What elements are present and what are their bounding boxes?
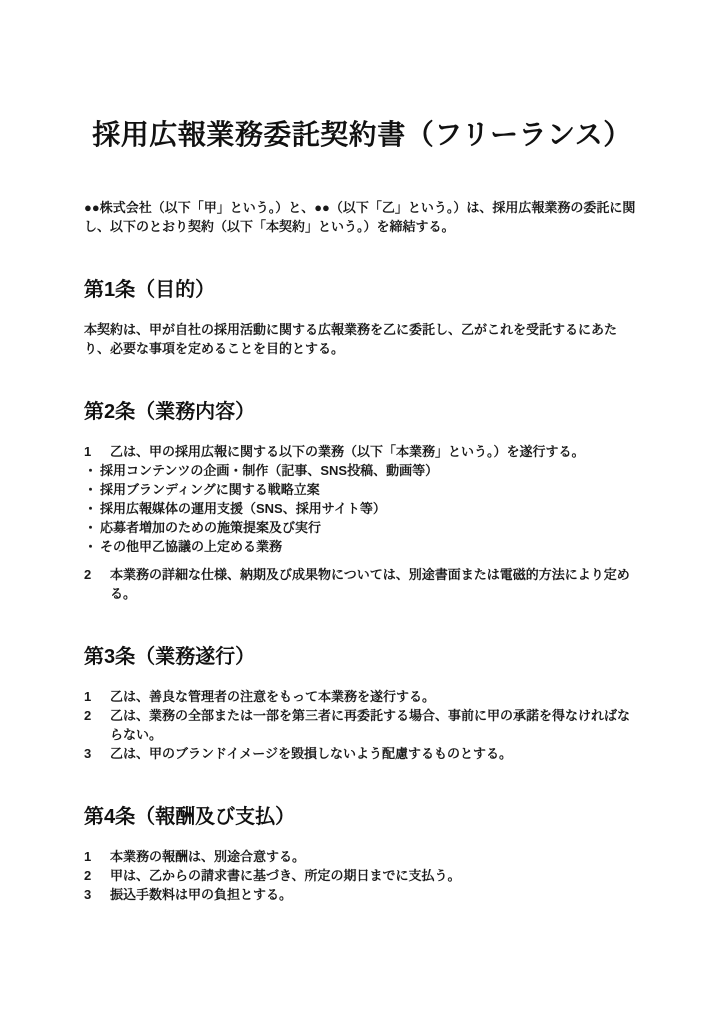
bullet-text: 採用広報媒体の運用支援（SNS、採用サイト等）	[100, 499, 640, 518]
bullet-text: 採用ブランディングに関する戦略立案	[100, 480, 640, 499]
bullet-item: ・ その他甲乙協議の上定める業務	[84, 537, 640, 556]
clause-line: 1 本業務の報酬は、別途合意する。	[84, 847, 640, 866]
bullet-item: ・ 採用コンテンツの企画・制作（記事、SNS投稿、動画等）	[84, 461, 640, 480]
article-1-heading: 第1条（目的）	[84, 278, 640, 302]
clause-line: 1 乙は、甲の採用広報に関する以下の業務（以下「本業務」という。）を遂行する。	[84, 442, 640, 461]
clause-text: 乙は、甲のブランドイメージを毀損しないよう配慮するものとする。	[110, 744, 640, 763]
clause-number: 1	[84, 442, 110, 461]
clause-number: 1	[84, 687, 110, 706]
clause-number: 3	[84, 744, 110, 763]
clause-text: 振込手数料は甲の負担とする。	[110, 885, 640, 904]
section-article-4: 第4条（報酬及び支払） 1 本業務の報酬は、別途合意する。 2 甲は、乙からの請…	[84, 805, 640, 904]
clause-number: 1	[84, 847, 110, 866]
section-article-1: 第1条（目的） 本契約は、甲が自社の採用活動に関する広報業務を乙に委託し、乙がこ…	[84, 278, 640, 358]
clause-line: 3 振込手数料は甲の負担とする。	[84, 885, 640, 904]
article-1-paragraph: 本契約は、甲が自社の採用活動に関する広報業務を乙に委託し、乙がこれを受託するにあ…	[84, 320, 640, 358]
clause-number: 3	[84, 885, 110, 904]
article-3-heading: 第3条（業務遂行）	[84, 645, 640, 669]
bullet-text: その他甲乙協議の上定める業務	[100, 537, 640, 556]
bullet-marker: ・	[84, 499, 100, 518]
clause-number: 2	[84, 706, 110, 725]
bullet-text: 応募者増加のための施策提案及び実行	[100, 518, 640, 537]
clause-text: 乙は、善良な管理者の注意をもって本業務を遂行する。	[110, 687, 640, 706]
clause-text: 乙は、業務の全部または一部を第三者に再委託する場合、事前に甲の承諾を得なければな…	[110, 706, 640, 744]
clause-text: 乙は、甲の採用広報に関する以下の業務（以下「本業務」という。）を遂行する。	[110, 442, 640, 461]
bullet-text: 採用コンテンツの企画・制作（記事、SNS投稿、動画等）	[100, 461, 640, 480]
clause-text: 甲は、乙からの請求書に基づき、所定の期日までに支払う。	[110, 866, 640, 885]
intro-paragraph: ●●株式会社（以下「甲」という。）と、●●（以下「乙」という。）は、採用広報業務…	[84, 198, 640, 236]
contract-document-page: 採用広報業務委託契約書（フリーランス） ●●株式会社（以下「甲」という。）と、●…	[0, 0, 724, 1024]
section-article-2: 第2条（業務内容） 1 乙は、甲の採用広報に関する以下の業務（以下「本業務」とい…	[84, 400, 640, 603]
clause-line: 1 乙は、善良な管理者の注意をもって本業務を遂行する。	[84, 687, 640, 706]
bullet-marker: ・	[84, 461, 100, 480]
bullet-item: ・ 採用ブランディングに関する戦略立案	[84, 480, 640, 499]
clause-line: 3 乙は、甲のブランドイメージを毀損しないよう配慮するものとする。	[84, 744, 640, 763]
clause-number: 2	[84, 565, 110, 584]
document-title: 採用広報業務委託契約書（フリーランス）	[84, 117, 640, 153]
article-4-heading: 第4条（報酬及び支払）	[84, 805, 640, 829]
clause-text: 本業務の報酬は、別途合意する。	[110, 847, 640, 866]
bullet-item: ・ 応募者増加のための施策提案及び実行	[84, 518, 640, 537]
clause-number: 2	[84, 866, 110, 885]
clause-line: 2 本業務の詳細な仕様、納期及び成果物については、別途書面または電磁的方法により…	[84, 565, 640, 603]
bullet-item: ・ 採用広報媒体の運用支援（SNS、採用サイト等）	[84, 499, 640, 518]
clause-text: 本業務の詳細な仕様、納期及び成果物については、別途書面または電磁的方法により定め…	[110, 565, 640, 603]
section-article-3: 第3条（業務遂行） 1 乙は、善良な管理者の注意をもって本業務を遂行する。 2 …	[84, 645, 640, 763]
bullet-marker: ・	[84, 537, 100, 556]
article-2-heading: 第2条（業務内容）	[84, 400, 640, 424]
bullet-marker: ・	[84, 480, 100, 499]
clause-line: 2 甲は、乙からの請求書に基づき、所定の期日までに支払う。	[84, 866, 640, 885]
bullet-marker: ・	[84, 518, 100, 537]
clause-line: 2 乙は、業務の全部または一部を第三者に再委託する場合、事前に甲の承諾を得なけれ…	[84, 706, 640, 744]
